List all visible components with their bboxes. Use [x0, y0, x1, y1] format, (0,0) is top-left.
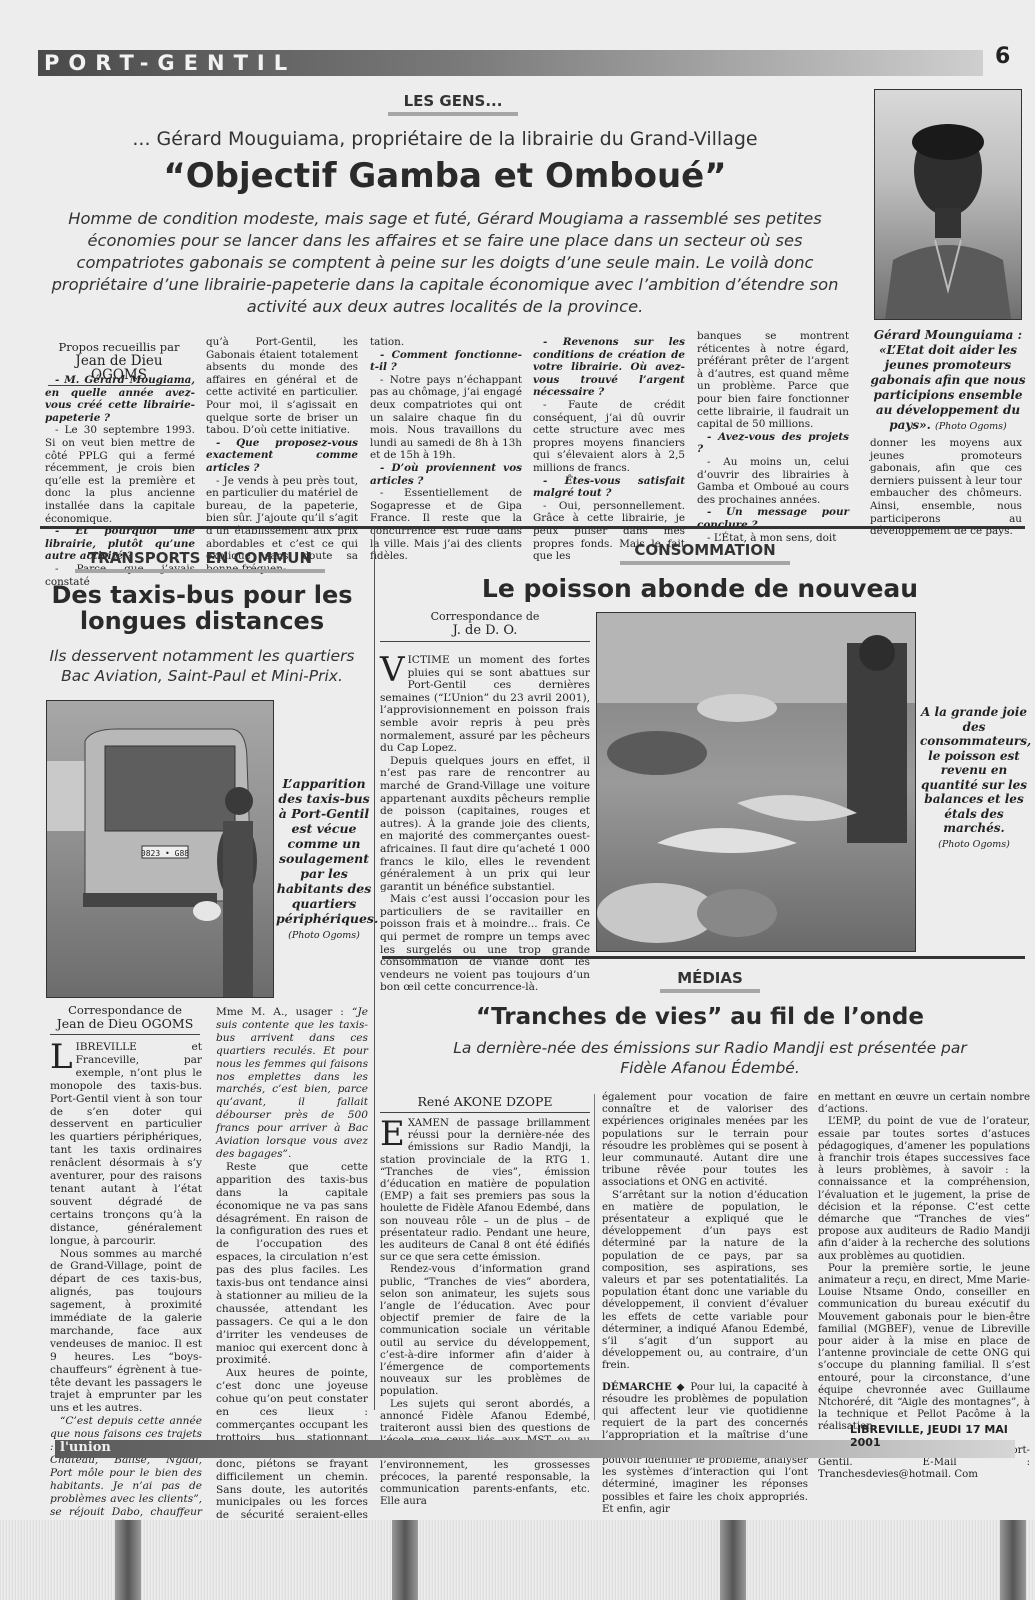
newspaper-page: PORT-GENTIL 6 LES GENS... ... Gérard Mou…: [0, 0, 1035, 1520]
paragraph: ICTIME un moment des fortes pluies qui s…: [380, 654, 590, 754]
byline-name: J. de D. O.: [380, 624, 590, 638]
taxi-bus-caption: L’apparition des taxis-bus à Port-Gentil…: [276, 776, 372, 943]
column-divider: [374, 530, 375, 1410]
scanner-rail: [1000, 1520, 1026, 1600]
portrait-photo: [874, 89, 1022, 320]
drop-cap: L: [50, 1043, 73, 1071]
fish-market-image-icon: [597, 613, 915, 951]
footer-brand: l'union: [60, 1440, 111, 1455]
interview-answer: tation.: [370, 336, 522, 349]
column-divider: [594, 1094, 595, 1420]
article2-col-1: LIBREVILLE et Franceville, par exemple, …: [50, 1041, 202, 1544]
article1-deck: Homme de condition modeste, mais sage et…: [45, 208, 845, 318]
minibus-image-icon: 0823 • G88: [47, 701, 273, 997]
article3-headline: Le poisson abonde de nouveau: [400, 575, 1000, 602]
article2-headline: Des taxis-bus pour les longues distances: [42, 583, 362, 635]
article2-deck: Ils desservent notamment les quartiers B…: [42, 646, 362, 686]
kicker-les-gens: LES GENS...: [388, 92, 518, 116]
paragraph: également pour vocation de faire connaît…: [602, 1092, 808, 1190]
paragraph: Reste que cette apparition des taxis-bus…: [216, 1161, 368, 1368]
paragraph: Pour la première sortie, le jeune animat…: [818, 1263, 1030, 1434]
article2-col-2: Mme M. A., usager : “Je suis contente qu…: [216, 1006, 368, 1548]
byline-name: Jean de Dieu OGOMS: [50, 1017, 200, 1031]
interview-question: - Avez-vous des projets ?: [697, 431, 849, 456]
paragraph: Mais c’est aussi l’occasion pour les par…: [380, 893, 590, 994]
scanner-rail: [392, 1520, 418, 1600]
article1-col-5: banques se montrent réticentes à notre é…: [697, 330, 849, 544]
interview-answer: - Au moins un, celui d’ouvrir des librai…: [697, 456, 849, 506]
portrait-caption: Gérard Mounguiama : «L’Etat doit aider l…: [870, 328, 1026, 434]
article1-col-6: donner les moyens aux jeunes promoteurs …: [870, 437, 1022, 538]
speaker-label: Mme M. A., usager :: [216, 1006, 352, 1018]
interview-question: - Que proposez-vous exactement comme art…: [206, 437, 358, 475]
fish-market-photo: [596, 612, 916, 952]
interview-question: - Êtes-vous satisfait malgré tout ?: [533, 475, 685, 500]
paragraph: Nous sommes au marché de Grand-Village, …: [50, 1248, 202, 1416]
paragraph: Rendez-vous d’information grand public, …: [380, 1264, 590, 1398]
fish-caption: A la grande joie des consommateurs, le p…: [920, 705, 1028, 852]
scanner-rail: [720, 1520, 746, 1600]
taxi-bus-photo: 0823 • G88: [46, 700, 274, 998]
interview-question: - M. Gérard Mougiama, en quelle année av…: [45, 374, 195, 424]
kicker-medias: MÉDIAS: [660, 969, 760, 993]
article2-byline: Correspondance de Jean de Dieu OGOMS: [50, 1003, 200, 1035]
photo-credit: (Photo Ogoms): [938, 839, 1010, 850]
caption-text: Gérard Mounguiama : «L’Etat doit aider l…: [870, 328, 1025, 432]
section-divider: [40, 526, 1025, 529]
paragraph: L’EMP, du point de vue de l’orateur, ess…: [818, 1116, 1030, 1262]
quote-paragraph: “C’est depuis cette année que nous faiso…: [50, 1415, 202, 1531]
scanner-background: [0, 1520, 1035, 1600]
paragraph: Depuis quelques jours en effet, il n’est…: [380, 755, 590, 894]
article3-body: VICTIME un moment des fortes pluies qui …: [380, 654, 590, 994]
section-label: PORT-GENTIL: [44, 51, 296, 75]
interview-question: - D’où proviennent vos articles ?: [370, 462, 522, 487]
article4-headline: “Tranches de vies” au fil de l’onde: [380, 1005, 1020, 1030]
scanner-rail: [115, 1520, 141, 1600]
interview-answer: - Faute de crédit conséquent, j’ai dû ou…: [533, 399, 685, 475]
quote-text: “Je suis contente que les taxis-bus arri…: [216, 1006, 368, 1160]
byline-intro: Correspondance de: [380, 610, 590, 624]
drop-cap: V: [380, 656, 405, 684]
article1-overline: ... Gérard Mouguiama, propriétaire de la…: [40, 128, 850, 150]
person-portrait-icon: [875, 90, 1021, 319]
interview-answer: qu’à Port-Gentil, les Gabonais étaient t…: [206, 336, 358, 437]
interview-question: - Comment fonctionne-t-il ?: [370, 349, 522, 374]
article3-byline: Correspondance de J. de D. O.: [380, 610, 590, 642]
byline-intro: Propos recueillis par: [48, 340, 190, 354]
paragraph: IBREVILLE et Franceville, par exemple, n…: [50, 1041, 202, 1247]
paragraph: S’arrêtant sur la notion d’éducation en …: [602, 1190, 808, 1373]
subhead-demarche: DÉMARCHE ◆: [602, 1381, 686, 1393]
article4-deck: La dernière-née des émissions sur Radio …: [440, 1038, 980, 1078]
paragraph: en mettant en œuvre un certain nombre d’…: [818, 1092, 1030, 1116]
byline-intro: Correspondance de: [50, 1003, 200, 1017]
kicker-transports: TRANSPORTS EN COMMUN: [75, 549, 325, 573]
caption-text: L’apparition des taxis-bus à Port-Gentil…: [276, 776, 378, 926]
footer-date: LIBREVILLE, JEUDI 17 MAI 2001: [850, 1423, 1035, 1449]
photo-credit: (Photo Ogoms): [288, 930, 360, 941]
interview-question: - Revenons sur les conditions de créatio…: [533, 336, 685, 399]
article1-headline: “Objectif Gamba et Omboué”: [40, 158, 850, 195]
interview-answer: donner les moyens aux jeunes promoteurs …: [870, 437, 1022, 538]
interview-answer: banques se montrent réticentes à notre é…: [697, 330, 849, 431]
interview-answer: - Essentiellement de Sogapresse et de Gi…: [370, 487, 522, 563]
drop-cap: E: [380, 1120, 405, 1148]
section-divider: [382, 956, 1025, 959]
article4-byline: René AKONE DZOPE: [380, 1094, 590, 1113]
page-number: 6: [995, 44, 1010, 69]
interview-answer: - Notre pays n’échappant pas au chômage,…: [370, 374, 522, 462]
article1-col-2: qu’à Port-Gentil, les Gabonais étaient t…: [206, 336, 358, 575]
paragraph: XAMEN de passage brillamment réussi pour…: [380, 1118, 590, 1263]
svg-text:0823 • G88: 0823 • G88: [141, 849, 189, 858]
kicker-consommation: CONSOMMATION: [620, 541, 790, 565]
photo-credit: (Photo Ogoms): [935, 421, 1007, 432]
caption-text: A la grande joie des consommateurs, le p…: [920, 705, 1031, 835]
interview-answer: - Le 30 septembre 1993. Si on veut bien …: [45, 424, 195, 525]
